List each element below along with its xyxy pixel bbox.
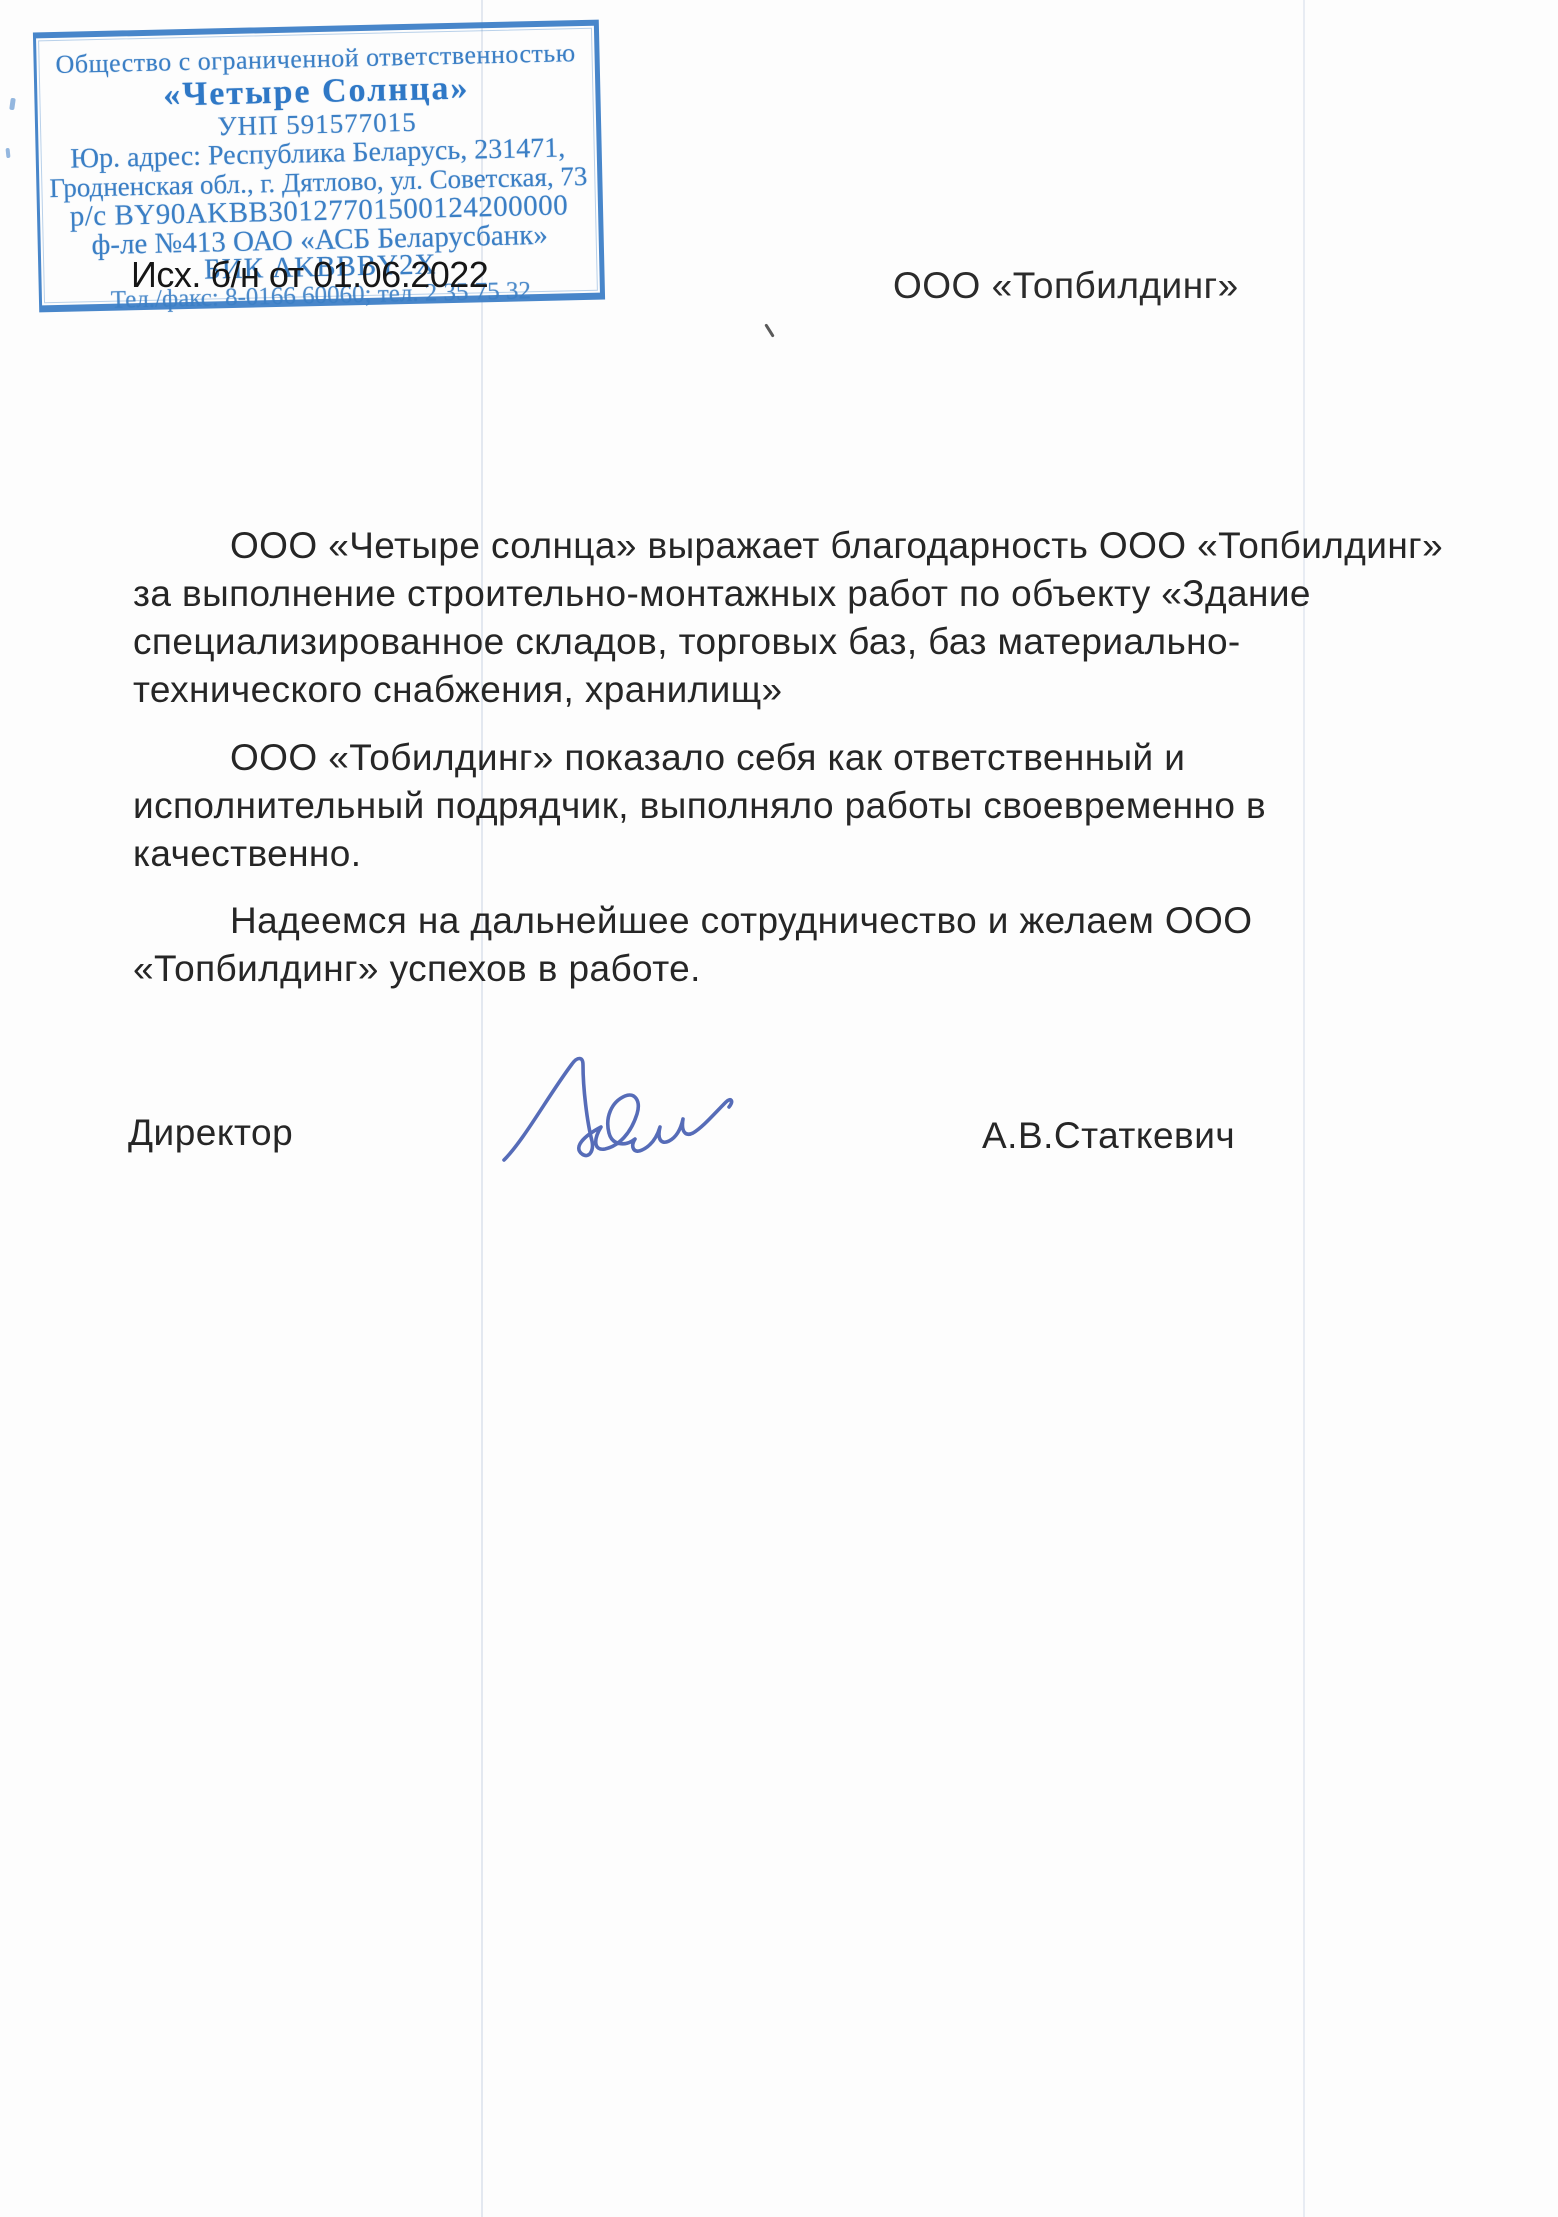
body-line: за выполнение строительно-монтажных рабо…: [133, 570, 1443, 618]
body-line: ООО «Четыре солнца» выражает благодарнос…: [133, 522, 1443, 570]
signer-position: Директор: [128, 1112, 293, 1154]
body-line: качественно.: [133, 830, 1443, 878]
signer-name: А.В.Статкевич: [982, 1115, 1235, 1157]
pen-tick-mark: [764, 323, 774, 337]
scan-fold-line: [1303, 0, 1305, 2217]
ink-speck: [9, 98, 16, 111]
outgoing-reference: Исх. б/н от 01.06.2022: [131, 254, 488, 296]
paragraph-gratitude: ООО «Четыре солнца» выражает благодарнос…: [133, 522, 1443, 714]
paragraph-evaluation: ООО «Тобилдинг» показало себя как ответс…: [133, 734, 1443, 878]
letter-page: Общество с ограниченной ответственностью…: [0, 0, 1558, 2217]
signature-autograph: [498, 1048, 754, 1176]
body-line: технического снабжения, хранилищ»: [133, 666, 1443, 714]
body-line: ООО «Тобилдинг» показало себя как ответс…: [133, 734, 1443, 782]
recipient-name: ООО «Топбилдинг»: [893, 265, 1239, 307]
body-line: специализированное складов, торговых баз…: [133, 618, 1443, 666]
scan-fold-line: [481, 0, 483, 2217]
body-line: «Топбилдинг» успехов в работе.: [133, 945, 1443, 993]
body-line: исполнительный подрядчик, выполняло рабо…: [133, 782, 1443, 830]
body-line: Надеемся на дальнейшее сотрудничество и …: [133, 897, 1443, 945]
ink-speck: [5, 148, 10, 158]
paragraph-wishes: Надеемся на дальнейшее сотрудничество и …: [133, 897, 1443, 993]
